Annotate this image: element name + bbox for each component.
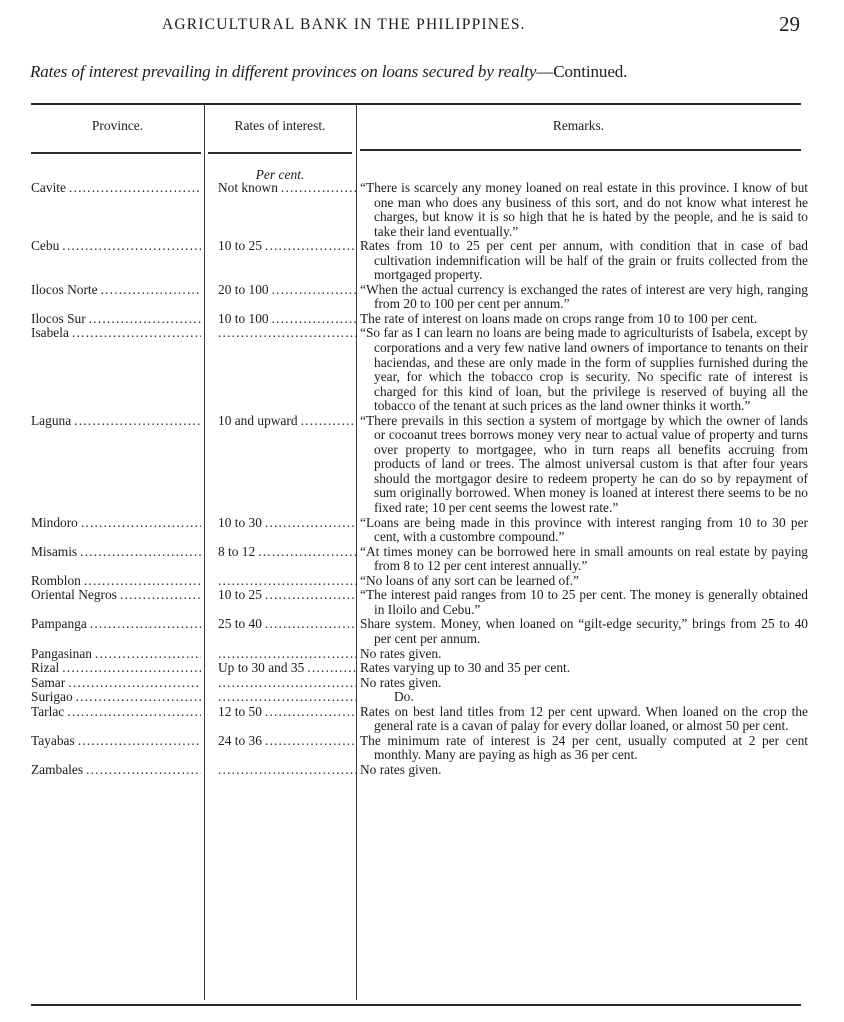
province-name: Rizal — [31, 661, 59, 676]
dot-leader — [218, 690, 356, 705]
rate-value: 8 to 12 — [218, 545, 255, 574]
dot-leader — [120, 588, 201, 617]
table-row: Pangasinan No rates given. — [0, 647, 844, 662]
running-title: AGRICULTURAL BANK IN THE PHILIPPINES. — [162, 16, 526, 34]
remarks-cell: “When the actual currency is exchanged t… — [360, 283, 808, 312]
rate-value: 10 to 100 — [218, 312, 269, 327]
dot-leader — [218, 574, 356, 589]
rate-value: 12 to 50 — [218, 705, 262, 734]
table-row: Ilocos Sur 10 to 100 The rate of interes… — [0, 312, 844, 327]
remarks-cell: Rates varying up to 30 and 35 per cent. — [360, 661, 808, 676]
table-bottom-rule — [31, 1004, 801, 1006]
remarks-cell: No rates given. — [360, 676, 808, 691]
remarks-cell: “The interest paid ranges from 10 to 25 … — [360, 588, 808, 617]
rate-cell — [218, 676, 356, 691]
remarks-cell: “So far as I can learn no loans are bein… — [360, 326, 808, 413]
rate-value: Up to 30 and 35 — [218, 661, 304, 676]
table-row: Zambales No rates given. — [0, 763, 844, 778]
table-body: Cavite Not known “There is scarcely any … — [0, 181, 844, 777]
province-cell: Rizal — [31, 661, 201, 676]
remarks-cell: Rates on best land titles from 12 per ce… — [360, 705, 808, 734]
province-cell: Mindoro — [31, 516, 201, 545]
province-cell: Cebu — [31, 239, 201, 283]
table-row: Oriental Negros 10 to 25 “The interest p… — [0, 588, 844, 617]
province-cell: Isabela — [31, 326, 201, 413]
rate-cell: 10 and upward — [218, 414, 356, 516]
province-name: Pampanga — [31, 617, 87, 646]
rate-value: 10 to 25 — [218, 239, 262, 283]
province-name: Laguna — [31, 414, 71, 516]
table-row: Cebu 10 to 25 Rates from 10 to 25 per ce… — [0, 239, 844, 283]
rate-value: 20 to 100 — [218, 283, 269, 312]
header-rule-province — [31, 152, 201, 154]
remarks-cell: Do. — [360, 690, 808, 705]
dot-leader — [86, 763, 201, 778]
province-cell: Cavite — [31, 181, 201, 239]
table-row: Tayabas 24 to 36 The minimum rate of int… — [0, 734, 844, 763]
rate-cell — [218, 647, 356, 662]
table-row: Samar No rates given. — [0, 676, 844, 691]
dot-leader — [80, 545, 201, 574]
table-row: Rizal Up to 30 and 35 Rates varying up t… — [0, 661, 844, 676]
province-name: Surigao — [31, 690, 73, 705]
table-row: Surigao Do. — [0, 690, 844, 705]
province-cell: Romblon — [31, 574, 201, 589]
dot-leader — [81, 516, 201, 545]
dot-leader — [265, 516, 356, 545]
header-rule-rates — [208, 152, 352, 154]
rate-cell: 10 to 25 — [218, 588, 356, 617]
rate-value: 10 to 25 — [218, 588, 262, 617]
province-cell: Pangasinan — [31, 647, 201, 662]
dot-leader — [218, 763, 356, 778]
remarks-cell: Share system. Money, when loaned on “gil… — [360, 617, 808, 646]
remarks-cell: No rates given. — [360, 647, 808, 662]
dot-leader — [265, 588, 356, 617]
dot-leader — [69, 181, 201, 239]
rate-value: 10 to 30 — [218, 516, 262, 545]
dot-leader — [258, 545, 356, 574]
remarks-cell: “No loans of any sort can be learned of.… — [360, 574, 808, 589]
province-cell: Ilocos Norte — [31, 283, 201, 312]
province-name: Romblon — [31, 574, 81, 589]
remarks-cell: Rates from 10 to 25 per cent per annum, … — [360, 239, 808, 283]
dot-leader — [272, 283, 356, 312]
remarks-cell: “At times money can be borrowed here in … — [360, 545, 808, 574]
dot-leader — [265, 705, 356, 734]
dot-leader — [67, 705, 201, 734]
caption-continued: —Continued. — [536, 62, 627, 81]
table-row: Tarlac 12 to 50 Rates on best land title… — [0, 705, 844, 734]
province-name: Zambales — [31, 763, 83, 778]
header-rates: Rates of interest. — [204, 118, 356, 134]
province-cell: Misamis — [31, 545, 201, 574]
rate-cell: 20 to 100 — [218, 283, 356, 312]
dot-leader — [218, 676, 356, 691]
dot-leader — [62, 661, 201, 676]
province-cell: Laguna — [31, 414, 201, 516]
rate-cell: 8 to 12 — [218, 545, 356, 574]
rate-cell — [218, 574, 356, 589]
table-row: Mindoro 10 to 30 “Loans are being made i… — [0, 516, 844, 545]
table-row: Cavite Not known “There is scarcely any … — [0, 181, 844, 239]
table-caption: Rates of interest prevailing in differen… — [30, 62, 810, 82]
dot-leader — [68, 676, 201, 691]
header-rule-remarks — [360, 149, 801, 151]
remarks-cell: The rate of interest on loans made on cr… — [360, 312, 808, 327]
table-row: Isabela “So far as I can learn no loans … — [0, 326, 844, 413]
dot-leader — [307, 661, 356, 676]
rate-cell: 10 to 25 — [218, 239, 356, 283]
dot-leader — [74, 414, 201, 516]
rate-cell — [218, 690, 356, 705]
page-number: 29 — [779, 12, 800, 37]
province-name: Misamis — [31, 545, 77, 574]
rate-value: Not known — [218, 181, 278, 239]
rate-value: 25 to 40 — [218, 617, 262, 646]
rate-cell: Up to 30 and 35 — [218, 661, 356, 676]
rate-cell: 10 to 30 — [218, 516, 356, 545]
province-name: Mindoro — [31, 516, 78, 545]
province-cell: Surigao — [31, 690, 201, 705]
province-cell: Tarlac — [31, 705, 201, 734]
running-head: AGRICULTURAL BANK IN THE PHILIPPINES. 29 — [0, 12, 844, 36]
rate-cell: 12 to 50 — [218, 705, 356, 734]
table-row: Pampanga 25 to 40 Share system. Money, w… — [0, 617, 844, 646]
dot-leader — [90, 617, 201, 646]
rate-cell: 10 to 100 — [218, 312, 356, 327]
dot-leader — [76, 690, 201, 705]
table-row: Laguna 10 and upward “There prevails in … — [0, 414, 844, 516]
dot-leader — [72, 326, 201, 413]
dot-leader — [78, 734, 201, 763]
table-top-rule — [31, 103, 801, 105]
header-remarks: Remarks. — [356, 118, 801, 134]
dot-leader — [265, 617, 356, 646]
remarks-cell: The minimum rate of interest is 24 per c… — [360, 734, 808, 763]
province-name: Cebu — [31, 239, 59, 283]
dot-leader — [95, 647, 201, 662]
rate-cell: Not known — [218, 181, 356, 239]
province-name: Pangasinan — [31, 647, 92, 662]
header-province: Province. — [31, 118, 204, 134]
dot-leader — [301, 414, 356, 516]
dot-leader — [62, 239, 201, 283]
province-cell: Ilocos Sur — [31, 312, 201, 327]
province-name: Isabela — [31, 326, 69, 413]
province-cell: Samar — [31, 676, 201, 691]
rate-cell — [218, 763, 356, 778]
dot-leader — [84, 574, 201, 589]
table-row: Romblon “No loans of any sort can be lea… — [0, 574, 844, 589]
rate-value: 10 and upward — [218, 414, 298, 516]
dot-leader — [218, 647, 356, 662]
province-name: Cavite — [31, 181, 66, 239]
dot-leader — [272, 312, 356, 327]
province-cell: Tayabas — [31, 734, 201, 763]
table-row: Misamis 8 to 12 “At times money can be b… — [0, 545, 844, 574]
province-name: Ilocos Sur — [31, 312, 86, 327]
remarks-cell: “There is scarcely any money loaned on r… — [360, 181, 808, 239]
dot-leader — [281, 181, 356, 239]
dot-leader — [101, 283, 201, 312]
dot-leader — [89, 312, 201, 327]
province-name: Oriental Negros — [31, 588, 117, 617]
dot-leader — [218, 326, 356, 413]
dot-leader — [265, 239, 356, 283]
rate-cell: 24 to 36 — [218, 734, 356, 763]
province-name: Samar — [31, 676, 65, 691]
rate-cell — [218, 326, 356, 413]
province-cell: Zambales — [31, 763, 201, 778]
province-name: Ilocos Norte — [31, 283, 98, 312]
remarks-cell: “Loans are being made in this province w… — [360, 516, 808, 545]
province-name: Tarlac — [31, 705, 64, 734]
caption-title: Rates of interest prevailing in differen… — [30, 62, 536, 81]
province-cell: Oriental Negros — [31, 588, 201, 617]
rate-value: 24 to 36 — [218, 734, 262, 763]
rate-cell: 25 to 40 — [218, 617, 356, 646]
table-row: Ilocos Norte 20 to 100 “When the actual … — [0, 283, 844, 312]
remarks-cell: No rates given. — [360, 763, 808, 778]
dot-leader — [265, 734, 356, 763]
province-cell: Pampanga — [31, 617, 201, 646]
remarks-cell: “There prevails in this section a system… — [360, 414, 808, 516]
province-name: Tayabas — [31, 734, 75, 763]
